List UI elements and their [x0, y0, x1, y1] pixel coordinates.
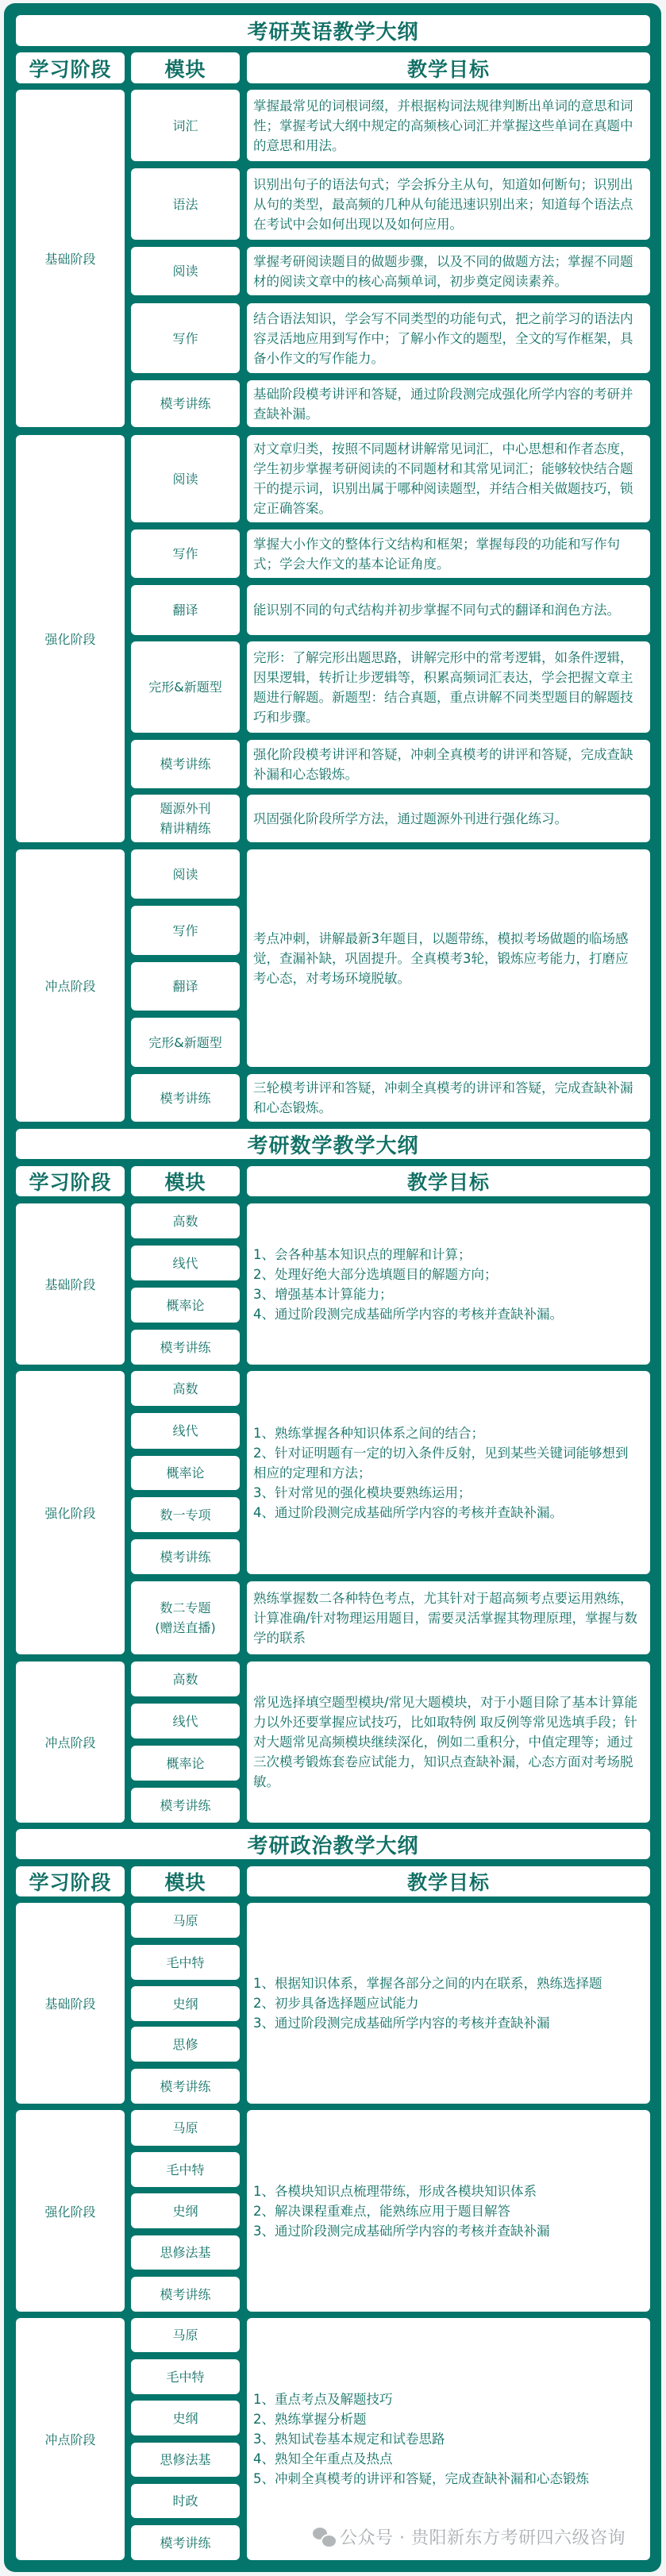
module-label: 思修 — [172, 2035, 198, 2054]
module-cell: 语法 — [131, 168, 240, 240]
module-cell: 毛中特 — [131, 2359, 240, 2394]
target-cell: 1、各模块知识点梳理带练，形成各模块知识体系2、解决课程重难点，能熟练应用于题目… — [247, 2110, 650, 2312]
target-text: 能识别不同的句式结构并初步掌握不同句式的翻译和润色方法。 — [253, 600, 639, 620]
target-cell: 1、根据知识体系，掌握各部分之间的内在联系，熟练选择题2、初步具备选择题应试能力… — [247, 1903, 650, 2104]
target-line: 掌握最常见的词根词缀，并根据构词法规律判断出单词的意思和词性；掌握考试大纲中规定… — [253, 96, 639, 156]
column-header-stage: 学习阶段 — [16, 1166, 125, 1196]
module-label: 概率论 — [166, 1296, 204, 1315]
target-line: 2、初步具备选择题应试能力 — [253, 1993, 639, 2013]
module-cell: 完形&新题型 — [131, 1018, 240, 1067]
stage-label: 冲点阶段 — [44, 976, 95, 995]
stage-cell: 强化阶段 — [16, 1371, 125, 1654]
module-cell: 毛中特 — [131, 2152, 240, 2187]
target-line: 1、熟练掌握各种知识体系之间的结合； — [253, 1423, 639, 1443]
module-label: 思修法基 — [160, 2450, 210, 2470]
module-cell: 模考讲练 — [131, 2069, 240, 2104]
target-line: 3、熟知试卷基本规定和试卷思路 — [253, 2429, 639, 2449]
target-line: 4、通过阶段测完成基础所学内容的考核并查缺补漏。 — [253, 1503, 639, 1523]
stage-cell: 强化阶段 — [16, 2110, 125, 2312]
target-line: 熟练掌握数二各种特色考点，尤其针对于超高频考点要运用熟练，计算准确/针对物理运用… — [253, 1588, 639, 1648]
column-header-text: 模块 — [164, 1867, 206, 1896]
module-label: 思修法基 — [160, 2243, 210, 2262]
module-cell: 史纲 — [131, 2193, 240, 2228]
module-label: 线代 — [172, 1253, 198, 1273]
section-title: 考研英语教学大纲 — [16, 15, 650, 46]
column-header-text: 学习阶段 — [29, 1167, 111, 1196]
module-cell: 思修 — [131, 2027, 240, 2062]
module-cell: 模考讲练 — [131, 1539, 240, 1574]
module-label: 史纲 — [172, 1994, 198, 2014]
column-header-target: 教学目标 — [247, 1166, 650, 1196]
target-line: 3、通过阶段测完成基础所学内容的考核并查缺补漏 — [253, 2221, 639, 2241]
target-line: 强化阶段模考讲评和答疑，冲刺全真模考的讲评和答疑，完成查缺补漏和心态锻炼。 — [253, 745, 639, 784]
column-header-text: 教学目标 — [407, 54, 490, 83]
column-header-module: 模块 — [131, 1166, 240, 1196]
column-header-stage: 学习阶段 — [16, 52, 125, 83]
column-header-text: 模块 — [164, 54, 206, 83]
module-cell: 毛中特 — [131, 1945, 240, 1980]
module-cell: 马原 — [131, 2110, 240, 2146]
module-label: 模考讲练 — [160, 394, 210, 414]
module-label: 概率论 — [166, 1463, 204, 1483]
target-line: 结合语法知识，学会写不同类型的功能句式，把之前学习的语法内容灵活地应用到写作中；… — [253, 309, 639, 368]
stage-label: 基础阶段 — [44, 1994, 95, 2012]
target-line: 5、冲刺全真模考的讲评和答疑，完成查缺补漏和心态锻炼 — [253, 2469, 639, 2489]
target-line: 三轮模考讲评和答疑，冲刺全真模考的讲评和答疑，完成查缺补漏和心态锻炼。 — [253, 1078, 639, 1118]
target-line: 巩固强化阶段所学方法，通过题源外刊进行强化练习。 — [253, 809, 639, 829]
module-label: 模考讲练 — [160, 2077, 210, 2097]
module-label: 模考讲练 — [160, 1088, 210, 1108]
module-cell: 阅读 — [131, 247, 240, 295]
target-cell: 掌握考研阅读题目的做题步骤，以及不同的做题方法；掌握不同题材的阅读文章中的核心高… — [247, 247, 650, 295]
module-label: 完形&新题型 — [148, 677, 221, 697]
module-cell: 完形&新题型 — [131, 641, 240, 733]
target-text: 1、会各种基本知识点的理解和计算；2、处理好绝大部分选填题目的解题方向；3、增强… — [253, 1245, 639, 1324]
module-cell: 翻译 — [131, 962, 240, 1011]
module-label: 阅读 — [172, 469, 198, 489]
module-label: 写作 — [172, 329, 198, 348]
module-label: 完形&新题型 — [148, 1033, 221, 1053]
target-cell: 能识别不同的句式结构并初步掌握不同句式的翻译和润色方法。 — [247, 585, 650, 635]
module-label: 概率论 — [166, 1754, 204, 1773]
target-cell: 考点冲刺，讲解最新3年题目，以题带练，模拟考场做题的临场感觉，查漏补缺，巩固提升… — [247, 849, 650, 1067]
stage-label: 强化阶段 — [44, 630, 95, 648]
target-cell: 对文章归类，按照不同题材讲解常见词汇，中心思想和作者态度，学生初步掌握考研阅读的… — [247, 435, 650, 522]
column-header-stage: 学习阶段 — [16, 1866, 125, 1896]
target-text: 基础阶段模考讲评和答疑，通过阶段测完成强化所学内容的考研并查缺补漏。 — [253, 384, 639, 424]
target-text: 对文章归类，按照不同题材讲解常见词汇，中心思想和作者态度，学生初步掌握考研阅读的… — [253, 439, 639, 518]
stage-label: 基础阶段 — [44, 249, 95, 268]
column-header-text: 模块 — [164, 1167, 206, 1196]
target-line: 基础阶段模考讲评和答疑，通过阶段测完成强化所学内容的考研并查缺补漏。 — [253, 384, 639, 424]
module-label: 写作 — [172, 921, 198, 941]
module-label: 模考讲练 — [160, 2285, 210, 2305]
target-cell: 识别出句子的语法句式；学会拆分主从句，知道如何断句；识别出从句的类型，最高频的几… — [247, 168, 650, 240]
module-label: 阅读 — [172, 864, 198, 884]
module-cell: 线代 — [131, 1246, 240, 1280]
module-label: 史纲 — [172, 2409, 198, 2428]
module-label: 词汇 — [172, 116, 198, 136]
target-cell: 三轮模考讲评和答疑，冲刺全真模考的讲评和答疑，完成查缺补漏和心态锻炼。 — [247, 1074, 650, 1122]
stage-label: 强化阶段 — [44, 2202, 95, 2220]
module-label: 马原 — [172, 2325, 198, 2345]
module-cell: 思修法基 — [131, 2235, 240, 2270]
module-cell: 数一专项 — [131, 1497, 240, 1532]
target-line: 掌握考研阅读题目的做题步骤，以及不同的做题方法；掌握不同题材的阅读文章中的核心高… — [253, 252, 639, 291]
stage-label: 冲点阶段 — [44, 1733, 95, 1751]
target-cell: 熟练掌握数二各种特色考点，尤其针对于超高频考点要运用熟练，计算准确/针对物理运用… — [247, 1581, 650, 1654]
target-text: 巩固强化阶段所学方法，通过题源外刊进行强化练习。 — [253, 809, 639, 829]
target-line: 4、通过阶段测完成基础所学内容的考核并查缺补漏。 — [253, 1304, 639, 1324]
module-cell: 模考讲练 — [131, 2277, 240, 2312]
target-text: 1、各模块知识点梳理带练，形成各模块知识体系2、解决课程重难点，能熟练应用于题目… — [253, 2181, 639, 2241]
stage-cell: 基础阶段 — [16, 1203, 125, 1365]
module-label: 题源外刊 精讲精练 — [160, 799, 210, 838]
target-cell: 基础阶段模考讲评和答疑，通过阶段测完成强化所学内容的考研并查缺补漏。 — [247, 380, 650, 427]
target-line: 2、针对证明题有一定的切入条件反射，见到某些关键词能够想到相应的定理和方法； — [253, 1443, 639, 1483]
module-cell: 模考讲练 — [131, 380, 240, 427]
module-cell: 题源外刊 精讲精练 — [131, 795, 240, 842]
module-cell: 马原 — [131, 2318, 240, 2352]
module-cell: 模考讲练 — [131, 1788, 240, 1823]
module-label: 数二专题 (赠送直播) — [155, 1598, 216, 1638]
target-line: 2、解决课程重难点，能熟练应用于题目解答 — [253, 2201, 639, 2221]
target-cell: 1、会各种基本知识点的理解和计算；2、处理好绝大部分选填题目的解题方向；3、增强… — [247, 1203, 650, 1365]
target-text: 掌握考研阅读题目的做题步骤，以及不同的做题方法；掌握不同题材的阅读文章中的核心高… — [253, 252, 639, 291]
target-line: 4、熟知全年重点及热点 — [253, 2449, 639, 2469]
module-label: 模考讲练 — [160, 1338, 210, 1357]
target-cell: 结合语法知识，学会写不同类型的功能句式，把之前学习的语法内容灵活地应用到写作中；… — [247, 303, 650, 373]
target-text: 掌握大小作文的整体行文结构和框架；掌握每段的功能和写作句式；学会大作文的基本论证… — [253, 534, 639, 574]
module-cell: 概率论 — [131, 1288, 240, 1323]
stage-cell: 基础阶段 — [16, 90, 125, 427]
module-label: 阅读 — [172, 261, 198, 281]
section-title-text: 考研英语教学大纲 — [247, 16, 418, 45]
target-line: 1、根据知识体系，掌握各部分之间的内在联系，熟练选择题 — [253, 1973, 639, 1993]
target-line: 完形：了解完形出题思路，讲解完形中的常考逻辑，如条件逻辑，因果逻辑，转折让步逻辑… — [253, 648, 639, 727]
target-cell: 1、熟练掌握各种知识体系之间的结合；2、针对证明题有一定的切入条件反射，见到某些… — [247, 1371, 650, 1574]
module-cell: 线代 — [131, 1704, 240, 1739]
module-cell: 高数 — [131, 1203, 240, 1238]
module-cell: 史纲 — [131, 1986, 240, 2021]
module-label: 毛中特 — [166, 2160, 204, 2180]
wechat-icon — [313, 2528, 335, 2547]
target-cell: 强化阶段模考讲评和答疑，冲刺全真模考的讲评和答疑，完成查缺补漏和心态锻炼。 — [247, 740, 650, 788]
target-cell: 完形：了解完形出题思路，讲解完形中的常考逻辑，如条件逻辑，因果逻辑，转折让步逻辑… — [247, 641, 650, 733]
target-text: 三轮模考讲评和答疑，冲刺全真模考的讲评和答疑，完成查缺补漏和心态锻炼。 — [253, 1078, 639, 1118]
section-title: 考研数学教学大纲 — [16, 1129, 650, 1159]
module-label: 写作 — [172, 544, 198, 564]
module-cell: 词汇 — [131, 90, 240, 161]
stage-cell: 冲点阶段 — [16, 1662, 125, 1823]
module-label: 高数 — [172, 1669, 198, 1689]
target-line: 识别出句子的语法句式；学会拆分主从句，知道如何断句；识别出从句的类型，最高频的几… — [253, 175, 639, 234]
column-header-text: 教学目标 — [407, 1167, 490, 1196]
target-line: 3、针对常见的强化模块要熟练运用； — [253, 1483, 639, 1503]
target-line: 1、各模块知识点梳理带练，形成各模块知识体系 — [253, 2181, 639, 2201]
module-cell: 史纲 — [131, 2401, 240, 2435]
column-header-text: 教学目标 — [407, 1867, 490, 1896]
module-label: 模考讲练 — [160, 1547, 210, 1567]
target-cell: 常见选择填空题型模块/常见大题模块，对于小题目除了基本计算能力以外还要掌握应试技… — [247, 1662, 650, 1823]
target-text: 1、根据知识体系，掌握各部分之间的内在联系，熟练选择题2、初步具备选择题应试能力… — [253, 1973, 639, 2033]
module-cell: 翻译 — [131, 585, 240, 635]
module-cell: 模考讲练 — [131, 1330, 240, 1365]
module-cell: 模考讲练 — [131, 2525, 240, 2560]
target-line: 能识别不同的句式结构并初步掌握不同句式的翻译和润色方法。 — [253, 600, 639, 620]
module-label: 马原 — [172, 1911, 198, 1931]
module-cell: 时政 — [131, 2484, 240, 2518]
module-label: 毛中特 — [166, 1953, 204, 1973]
module-cell: 阅读 — [131, 849, 240, 899]
module-label: 时政 — [172, 2491, 198, 2511]
column-header-text: 学习阶段 — [29, 54, 111, 83]
watermark: 公众号 · 贵阳新东方考研四六级咨询 — [313, 2524, 626, 2549]
stage-cell: 基础阶段 — [16, 1903, 125, 2104]
column-header-module: 模块 — [131, 52, 240, 83]
target-text: 完形：了解完形出题思路，讲解完形中的常考逻辑，如条件逻辑，因果逻辑，转折让步逻辑… — [253, 648, 639, 727]
module-label: 数一专项 — [160, 1505, 210, 1525]
module-cell: 高数 — [131, 1662, 240, 1696]
module-cell: 概率论 — [131, 1456, 240, 1490]
target-cell: 掌握大小作文的整体行文结构和框架；掌握每段的功能和写作句式；学会大作文的基本论证… — [247, 529, 650, 578]
module-cell: 模考讲练 — [131, 740, 240, 788]
module-label: 高数 — [172, 1211, 198, 1231]
stage-label: 冲点阶段 — [44, 2430, 95, 2448]
stage-cell: 冲点阶段 — [16, 2318, 125, 2560]
module-cell: 数二专题 (赠送直播) — [131, 1581, 240, 1654]
module-cell: 写作 — [131, 529, 240, 578]
module-label: 模考讲练 — [160, 2533, 210, 2553]
target-line: 掌握大小作文的整体行文结构和框架；掌握每段的功能和写作句式；学会大作文的基本论证… — [253, 534, 639, 574]
target-text: 结合语法知识，学会写不同类型的功能句式，把之前学习的语法内容灵活地应用到写作中；… — [253, 309, 639, 368]
target-line: 3、增强基本计算能力； — [253, 1284, 639, 1304]
stage-label: 强化阶段 — [44, 1504, 95, 1522]
module-label: 模考讲练 — [160, 754, 210, 774]
target-line: 1、会各种基本知识点的理解和计算； — [253, 1245, 639, 1265]
target-text: 常见选择填空题型模块/常见大题模块，对于小题目除了基本计算能力以外还要掌握应试技… — [253, 1692, 639, 1792]
section-title: 考研政治教学大纲 — [16, 1829, 650, 1859]
module-cell: 写作 — [131, 303, 240, 373]
column-header-target: 教学目标 — [247, 1866, 650, 1896]
module-label: 毛中特 — [166, 2367, 204, 2387]
module-label: 史纲 — [172, 2201, 198, 2221]
target-cell: 掌握最常见的词根词缀，并根据构词法规律判断出单词的意思和词性；掌握考试大纲中规定… — [247, 90, 650, 161]
target-text: 掌握最常见的词根词缀，并根据构词法规律判断出单词的意思和词性；掌握考试大纲中规定… — [253, 96, 639, 156]
module-label: 线代 — [172, 1712, 198, 1731]
target-text: 强化阶段模考讲评和答疑，冲刺全真模考的讲评和答疑，完成查缺补漏和心态锻炼。 — [253, 745, 639, 784]
column-header-module: 模块 — [131, 1866, 240, 1896]
section-title-text: 考研数学教学大纲 — [247, 1130, 418, 1159]
module-label: 马原 — [172, 2118, 198, 2138]
watermark-text: 公众号 · 贵阳新东方考研四六级咨询 — [340, 2524, 626, 2549]
stage-cell: 冲点阶段 — [16, 849, 125, 1122]
column-header-text: 学习阶段 — [29, 1867, 111, 1896]
module-cell: 线代 — [131, 1413, 240, 1449]
target-text: 考点冲刺，讲解最新3年题目，以题带练，模拟考场做题的临场感觉，查漏补缺，巩固提升… — [253, 929, 639, 988]
target-line: 对文章归类，按照不同题材讲解常见词汇，中心思想和作者态度，学生初步掌握考研阅读的… — [253, 439, 639, 518]
section-title-text: 考研政治教学大纲 — [247, 1830, 418, 1859]
stage-cell: 强化阶段 — [16, 435, 125, 842]
module-label: 翻译 — [172, 976, 198, 996]
module-label: 翻译 — [172, 600, 198, 620]
target-cell: 巩固强化阶段所学方法，通过题源外刊进行强化练习。 — [247, 795, 650, 842]
target-text: 识别出句子的语法句式；学会拆分主从句，知道如何断句；识别出从句的类型，最高频的几… — [253, 175, 639, 234]
target-line: 3、通过阶段测完成基础所学内容的考核并查缺补漏 — [253, 2013, 639, 2033]
module-label: 高数 — [172, 1379, 198, 1399]
module-label: 语法 — [172, 194, 198, 214]
target-line: 常见选择填空题型模块/常见大题模块，对于小题目除了基本计算能力以外还要掌握应试技… — [253, 1692, 639, 1792]
column-header-target: 教学目标 — [247, 52, 650, 83]
target-line: 2、熟练掌握分析题 — [253, 2409, 639, 2429]
stage-label: 基础阶段 — [44, 1275, 95, 1293]
module-cell: 概率论 — [131, 1746, 240, 1781]
target-line: 2、处理好绝大部分选填题目的解题方向； — [253, 1265, 639, 1284]
target-line: 考点冲刺，讲解最新3年题目，以题带练，模拟考场做题的临场感觉，查漏补缺，巩固提升… — [253, 929, 639, 988]
module-cell: 高数 — [131, 1371, 240, 1406]
target-text: 1、熟练掌握各种知识体系之间的结合；2、针对证明题有一定的切入条件反射，见到某些… — [253, 1423, 639, 1523]
module-cell: 马原 — [131, 1903, 240, 1938]
module-cell: 模考讲练 — [131, 1074, 240, 1122]
module-cell: 写作 — [131, 906, 240, 955]
module-cell: 思修法基 — [131, 2443, 240, 2477]
module-cell: 阅读 — [131, 435, 240, 522]
module-label: 模考讲练 — [160, 1796, 210, 1816]
target-text: 1、重点考点及解题技巧2、熟练掌握分析题3、熟知试卷基本规定和试卷思路4、熟知全… — [253, 2389, 639, 2489]
target-text: 熟练掌握数二各种特色考点，尤其针对于超高频考点要运用熟练，计算准确/针对物理运用… — [253, 1588, 639, 1648]
target-line: 1、重点考点及解题技巧 — [253, 2389, 639, 2409]
module-label: 线代 — [172, 1421, 198, 1441]
